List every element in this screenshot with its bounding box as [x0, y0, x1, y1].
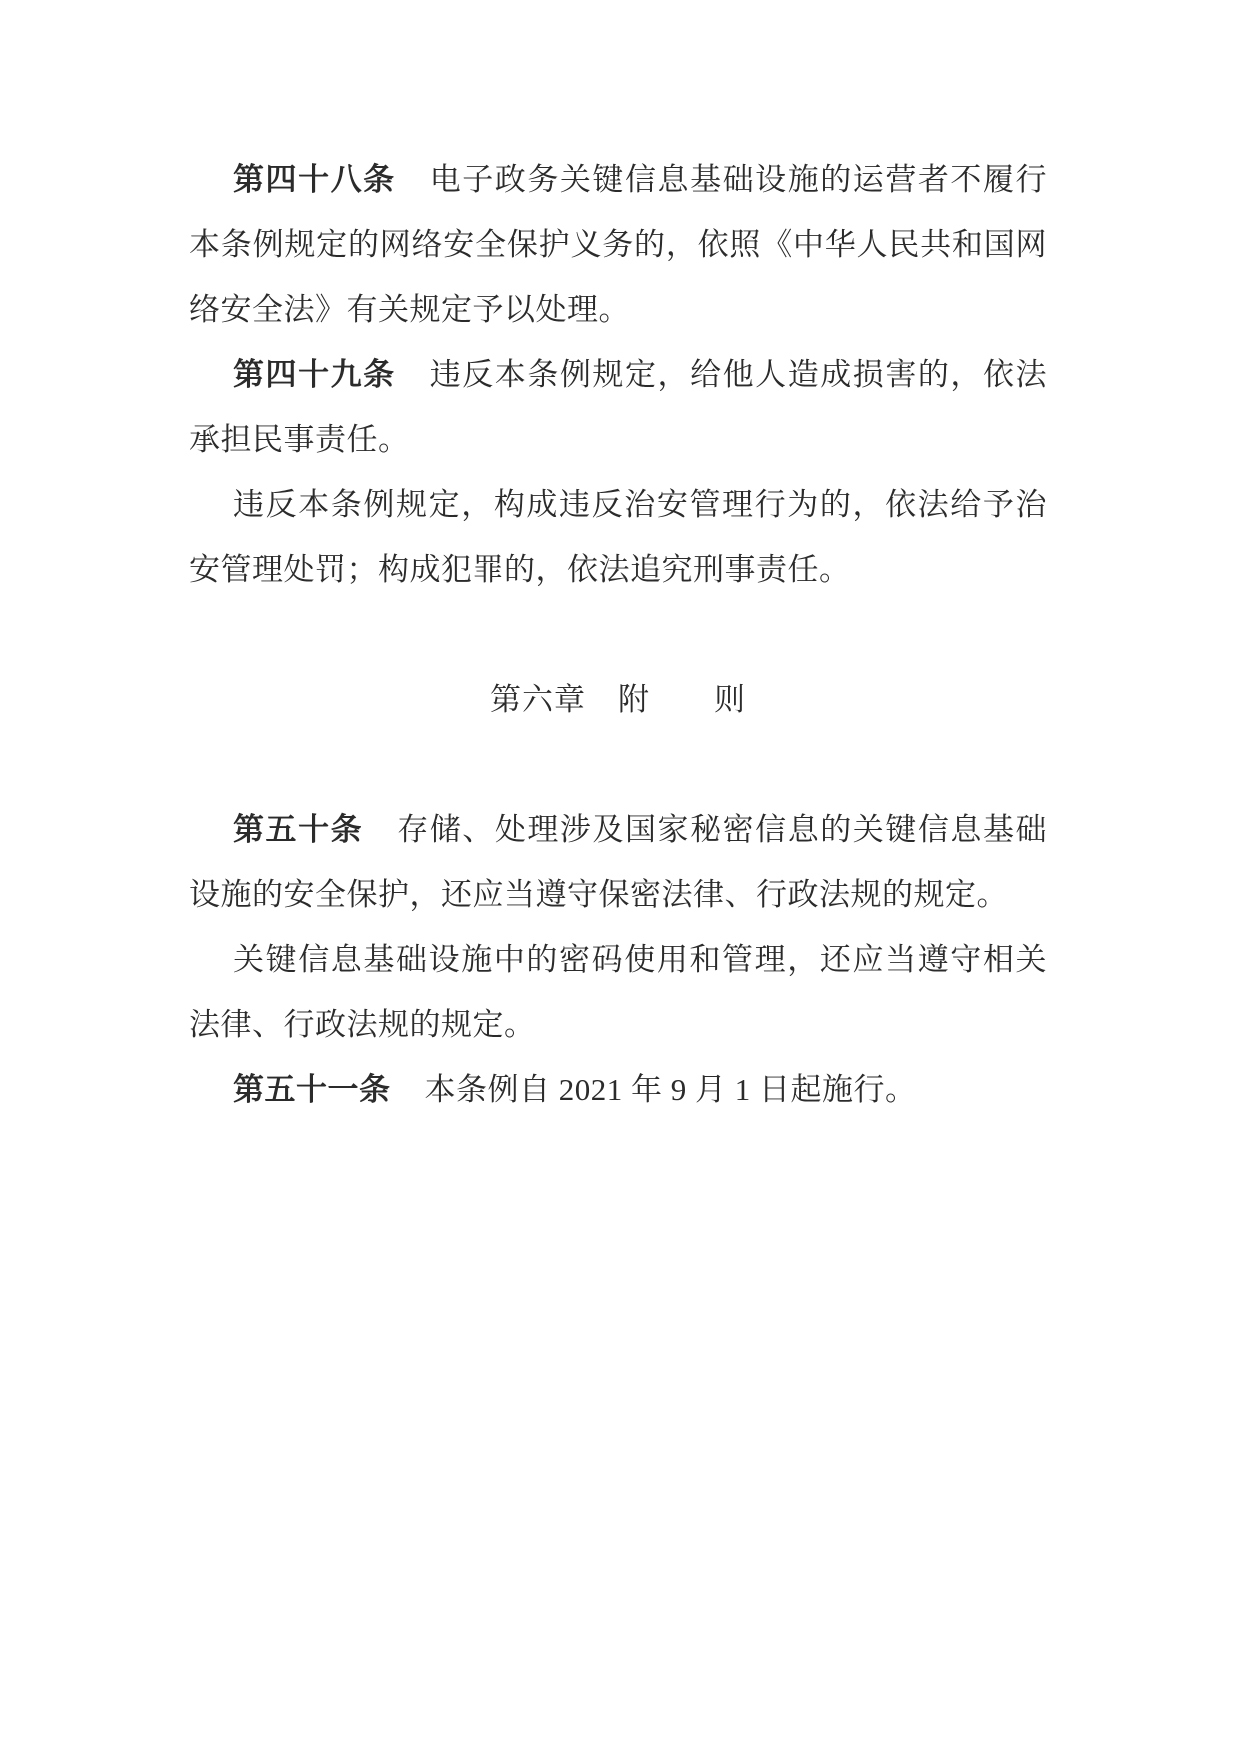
- article-48-number: 第四十八条: [233, 162, 396, 197]
- paragraph-article-48: 第四十八条电子政务关键信息基础设施的运营者不履行本条例规定的网络安全保护义务的，…: [189, 147, 1047, 342]
- document-page: 第四十八条电子政务关键信息基础设施的运营者不履行本条例规定的网络安全保护义务的，…: [0, 0, 1240, 1753]
- paragraph-article-49: 第四十九条违反本条例规定，给他人造成损害的，依法承担民事责任。: [189, 342, 1047, 472]
- article-49-number: 第四十九条: [233, 357, 396, 392]
- paragraph-article-51: 第五十一条本条例自 2021 年 9 月 1 日起施行。: [189, 1057, 1047, 1122]
- paragraph-article-50-continuation: 关键信息基础设施中的密码使用和管理，还应当遵守相关法律、行政法规的规定。: [189, 927, 1047, 1057]
- chapter-heading: 第六章 附 则: [189, 667, 1047, 732]
- article-51-text: 本条例自 2021 年 9 月 1 日起施行。: [425, 1072, 917, 1107]
- paragraph-article-49-continuation: 违反本条例规定，构成违反治安管理行为的，依法给予治安管理处罚；构成犯罪的，依法追…: [189, 472, 1047, 602]
- article-50-continuation-text: 关键信息基础设施中的密码使用和管理，还应当遵守相关法律、行政法规的规定。: [189, 942, 1047, 1042]
- article-49-continuation-text: 违反本条例规定，构成违反治安管理行为的，依法给予治安管理处罚；构成犯罪的，依法追…: [189, 487, 1047, 587]
- article-50-number: 第五十条: [233, 812, 363, 847]
- paragraph-article-50: 第五十条存储、处理涉及国家秘密信息的关键信息基础设施的安全保护，还应当遵守保密法…: [189, 797, 1047, 927]
- article-51-number: 第五十一条: [233, 1072, 391, 1107]
